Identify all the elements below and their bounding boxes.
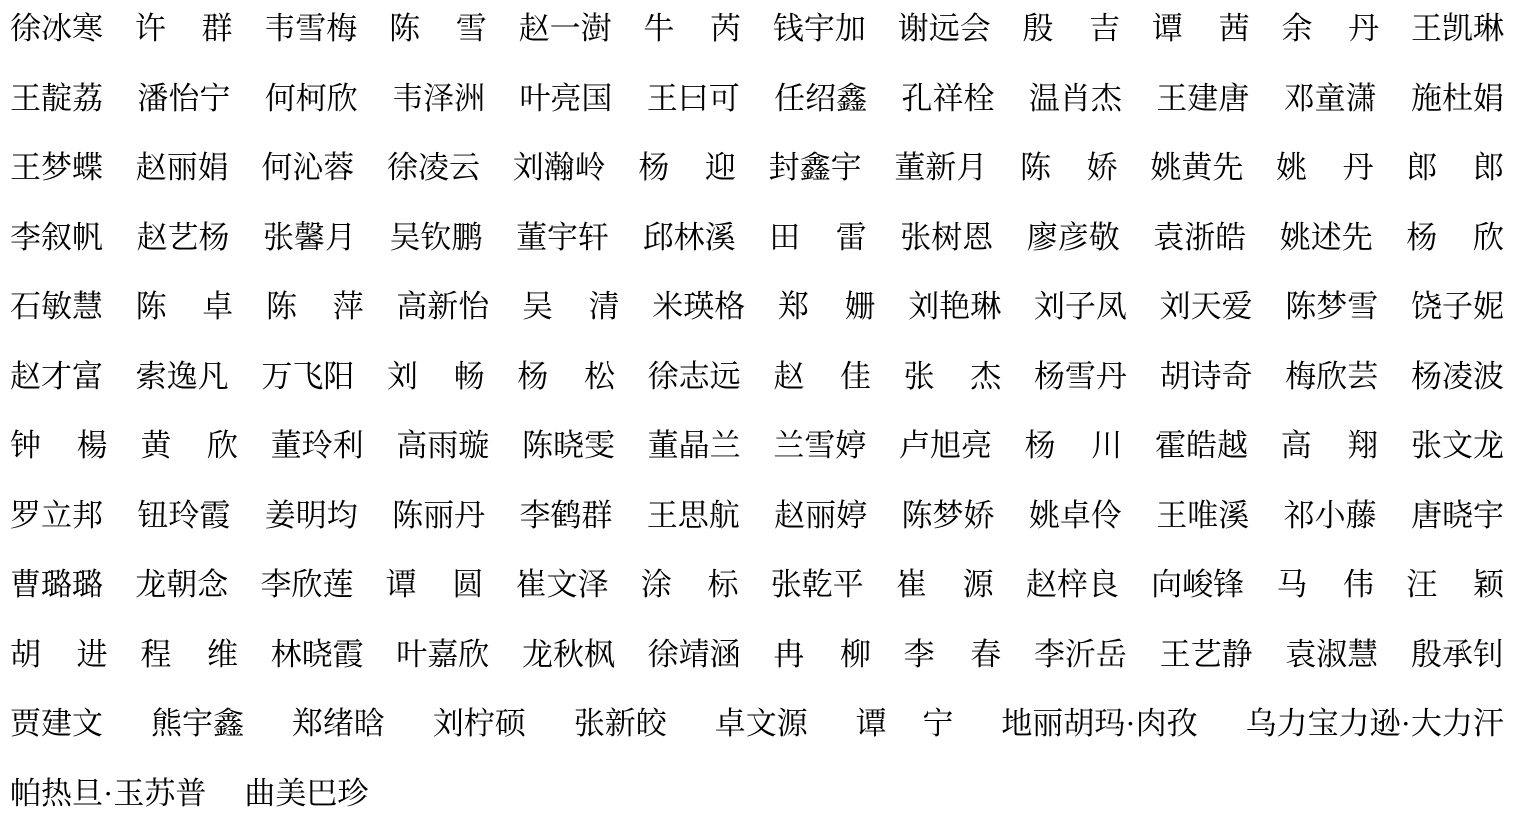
name-item: 孔祥栓 (902, 73, 995, 118)
name-item: 王凯琳 (1411, 3, 1504, 48)
name-item: 王梦蝶 (10, 142, 103, 187)
name-item: 殷承钊 (1411, 629, 1504, 674)
name-item: 向峻锋 (1151, 559, 1244, 604)
name-item: 胡诗奇 (1160, 351, 1253, 396)
name-item: 王曰可 (647, 73, 740, 118)
name-item: 万飞阳 (261, 351, 354, 396)
name-item: 李欣莲 (261, 559, 354, 604)
name-item: 张乾平 (771, 559, 864, 604)
name-item: 谭圆 (386, 559, 484, 604)
name-item: 饶子妮 (1411, 281, 1504, 326)
name-item: 刘天爱 (1160, 281, 1253, 326)
name-item: 祁小藤 (1284, 490, 1377, 535)
name-item: 封鑫宇 (769, 142, 862, 187)
name-item: 郑姗 (778, 281, 876, 326)
name-item: 龙朝念 (135, 559, 228, 604)
name-item: 杨迎 (638, 142, 736, 187)
name-item: 任绍鑫 (774, 73, 867, 118)
name-item: 乌力宝力逊·大力汗 (1246, 698, 1504, 743)
name-item: 马伟 (1276, 559, 1374, 604)
name-item: 刘瀚岭 (513, 142, 606, 187)
name-item: 王唯溪 (1156, 490, 1249, 535)
name-item: 钟楊 (10, 420, 108, 465)
name-item: 徐志远 (648, 351, 741, 396)
name-row: 赵才富索逸凡万飞阳刘畅杨松徐志远赵佳张杰杨雪丹胡诗奇梅欣芸杨凌波 (10, 339, 1504, 409)
name-item: 许群 (135, 3, 233, 48)
name-item: 徐靖涵 (648, 629, 741, 674)
name-item: 何柯欣 (265, 73, 358, 118)
name-item: 姚丹 (1276, 142, 1374, 187)
name-item: 郎郎 (1406, 142, 1504, 187)
name-row: 徐冰寒许群韦雪梅陈雪赵一澍牛芮钱宇加谢远会殷吉谭茜余丹王凯琳 (10, 0, 1504, 61)
name-item: 郑绪晗 (292, 698, 385, 743)
name-item: 刘子凤 (1034, 281, 1127, 326)
name-item: 崔源 (896, 559, 994, 604)
name-item: 陈梦雪 (1285, 281, 1378, 326)
name-item: 涂标 (641, 559, 739, 604)
name-item: 刘艳琳 (908, 281, 1001, 326)
name-item: 张文龙 (1411, 420, 1504, 465)
name-item: 赵佳 (773, 351, 871, 396)
name-item: 袁浙皓 (1153, 212, 1246, 257)
name-item: 叶亮国 (519, 73, 612, 118)
name-item: 徐冰寒 (10, 3, 103, 48)
name-item: 李叙帆 (10, 212, 103, 257)
name-row: 曹璐璐龙朝念李欣莲谭圆崔文泽涂标张乾平崔源赵梓良向峻锋马伟汪颖 (10, 547, 1504, 617)
name-item: 袁淑慧 (1285, 629, 1378, 674)
name-row: 王靛荔潘怡宁何柯欣韦泽洲叶亮国王曰可任绍鑫孔祥栓温肖杰王建唐邓童潇施杜娟 (10, 61, 1504, 131)
name-item: 赵一澍 (519, 3, 612, 48)
name-item: 张新皎 (574, 698, 667, 743)
name-item: 张馨月 (263, 212, 356, 257)
name-item: 龙秋枫 (522, 629, 615, 674)
name-item: 董玲利 (271, 420, 364, 465)
name-item: 林晓霞 (271, 629, 364, 674)
name-item: 赵丽娟 (136, 142, 229, 187)
name-item: 温肖杰 (1029, 73, 1122, 118)
name-item: 熊宇鑫 (151, 698, 244, 743)
name-item: 贾建文 (10, 698, 103, 743)
name-row: 贾建文熊宇鑫郑绪晗刘柠硕张新皎卓文源谭宁地丽胡玛·肉孜乌力宝力逊·大力汗 (10, 686, 1504, 756)
name-item: 赵丽婷 (774, 490, 867, 535)
name-item: 叶嘉欣 (396, 629, 489, 674)
name-item: 韦泽洲 (392, 73, 485, 118)
name-item: 董新月 (894, 142, 987, 187)
name-item: 黄欣 (140, 420, 238, 465)
name-roster-page: 徐冰寒许群韦雪梅陈雪赵一澍牛芮钱宇加谢远会殷吉谭茜余丹王凯琳王靛荔潘怡宁何柯欣韦… (0, 0, 1518, 836)
name-row: 李叙帆赵艺杨张馨月吴钦鹏董宇轩邱林溪田雷张树恩廖彦敬袁浙皓姚述先杨欣 (10, 200, 1504, 270)
name-item: 高雨璇 (396, 420, 489, 465)
name-item: 董宇轩 (516, 212, 609, 257)
name-item: 陈梦娇 (902, 490, 995, 535)
name-item: 陈丽丹 (392, 490, 485, 535)
name-item: 帕热旦·玉苏普 (10, 768, 206, 813)
name-item: 吴清 (522, 281, 620, 326)
name-item: 米瑛格 (652, 281, 745, 326)
name-item: 李春 (904, 629, 1002, 674)
name-item: 赵才富 (10, 351, 103, 396)
name-item: 姚黄先 (1150, 142, 1243, 187)
name-item: 汪颖 (1406, 559, 1504, 604)
name-item: 牛芮 (643, 3, 741, 48)
name-item: 钮玲霞 (137, 490, 230, 535)
name-item: 崔文泽 (516, 559, 609, 604)
name-item: 李沂岳 (1034, 629, 1127, 674)
name-item: 余丹 (1281, 3, 1379, 48)
name-item: 吴钦鹏 (390, 212, 483, 257)
name-item: 徐凌云 (387, 142, 480, 187)
name-item: 王建唐 (1156, 73, 1249, 118)
name-item: 姚述先 (1280, 212, 1373, 257)
name-item: 兰雪婷 (773, 420, 866, 465)
name-row: 罗立邦钮玲霞姜明均陈丽丹李鹤群王思航赵丽婷陈梦娇姚卓伶王唯溪祁小藤唐晓宇 (10, 478, 1504, 548)
name-item: 曲美巴珍 (244, 768, 368, 813)
name-item: 高新怡 (396, 281, 489, 326)
name-item: 霍皓越 (1155, 420, 1248, 465)
name-item: 陈娇 (1020, 142, 1118, 187)
name-item: 杨凌波 (1411, 351, 1504, 396)
name-item: 刘畅 (387, 351, 485, 396)
name-item: 田雷 (769, 212, 867, 257)
name-item: 赵梓良 (1026, 559, 1119, 604)
name-row: 胡进程维林晓霞叶嘉欣龙秋枫徐靖涵冉柳李春李沂岳王艺静袁淑慧殷承钊 (10, 617, 1504, 687)
name-item: 姜明均 (265, 490, 358, 535)
name-item: 何沁蓉 (261, 142, 354, 187)
name-item: 邓童潇 (1284, 73, 1377, 118)
name-item: 索逸凡 (136, 351, 229, 396)
name-item: 罗立邦 (10, 490, 103, 535)
name-item: 地丽胡玛·肉孜 (1001, 698, 1197, 743)
name-item: 曹璐璐 (10, 559, 103, 604)
name-item: 胡进 (10, 629, 108, 674)
name-item: 杨松 (517, 351, 615, 396)
name-item: 廖彦敬 (1027, 212, 1120, 257)
name-item: 杨川 (1025, 420, 1123, 465)
name-item: 施杜娟 (1411, 73, 1504, 118)
name-item: 赵艺杨 (137, 212, 230, 257)
name-item: 殷吉 (1023, 3, 1121, 48)
name-item: 张树恩 (900, 212, 993, 257)
name-item: 张杰 (904, 351, 1002, 396)
name-item: 梅欣芸 (1285, 351, 1378, 396)
name-item: 韦雪梅 (264, 3, 357, 48)
name-item: 王艺静 (1160, 629, 1253, 674)
name-item: 杨雪丹 (1034, 351, 1127, 396)
name-item: 杨欣 (1406, 212, 1504, 257)
name-grid: 徐冰寒许群韦雪梅陈雪赵一澍牛芮钱宇加谢远会殷吉谭茜余丹王凯琳王靛荔潘怡宁何柯欣韦… (10, 0, 1504, 825)
name-item: 董晶兰 (648, 420, 741, 465)
name-item: 卓文源 (715, 698, 808, 743)
name-item: 卢旭亮 (899, 420, 992, 465)
name-item: 刘柠硕 (433, 698, 526, 743)
name-item: 谭茜 (1152, 3, 1250, 48)
name-item: 石敏慧 (10, 281, 103, 326)
name-item: 钱宇加 (773, 3, 866, 48)
name-item: 程维 (140, 629, 238, 674)
name-item: 陈晓雯 (522, 420, 615, 465)
name-item: 王思航 (647, 490, 740, 535)
name-item: 陈卓 (136, 281, 234, 326)
name-item: 陈雪 (389, 3, 487, 48)
name-item: 陈萍 (266, 281, 364, 326)
name-item: 谭宁 (856, 698, 954, 743)
name-item: 谢远会 (898, 3, 991, 48)
name-row: 钟楊黄欣董玲利高雨璇陈晓雯董晶兰兰雪婷卢旭亮杨川霍皓越高翔张文龙 (10, 408, 1504, 478)
name-item: 唐晓宇 (1411, 490, 1504, 535)
name-item: 姚卓伶 (1029, 490, 1122, 535)
name-item: 邱林溪 (643, 212, 736, 257)
name-row: 帕热旦·玉苏普曲美巴珍 (10, 756, 1504, 826)
name-item: 王靛荔 (10, 73, 103, 118)
name-row: 石敏慧陈卓陈萍高新怡吴清米瑛格郑姗刘艳琳刘子凤刘天爱陈梦雪饶子妮 (10, 269, 1504, 339)
name-item: 高翔 (1281, 420, 1379, 465)
name-item: 李鹤群 (519, 490, 612, 535)
name-item: 潘怡宁 (137, 73, 230, 118)
name-item: 冉柳 (773, 629, 871, 674)
name-row: 王梦蝶赵丽娟何沁蓉徐凌云刘瀚岭杨迎封鑫宇董新月陈娇姚黄先姚丹郎郎 (10, 130, 1504, 200)
